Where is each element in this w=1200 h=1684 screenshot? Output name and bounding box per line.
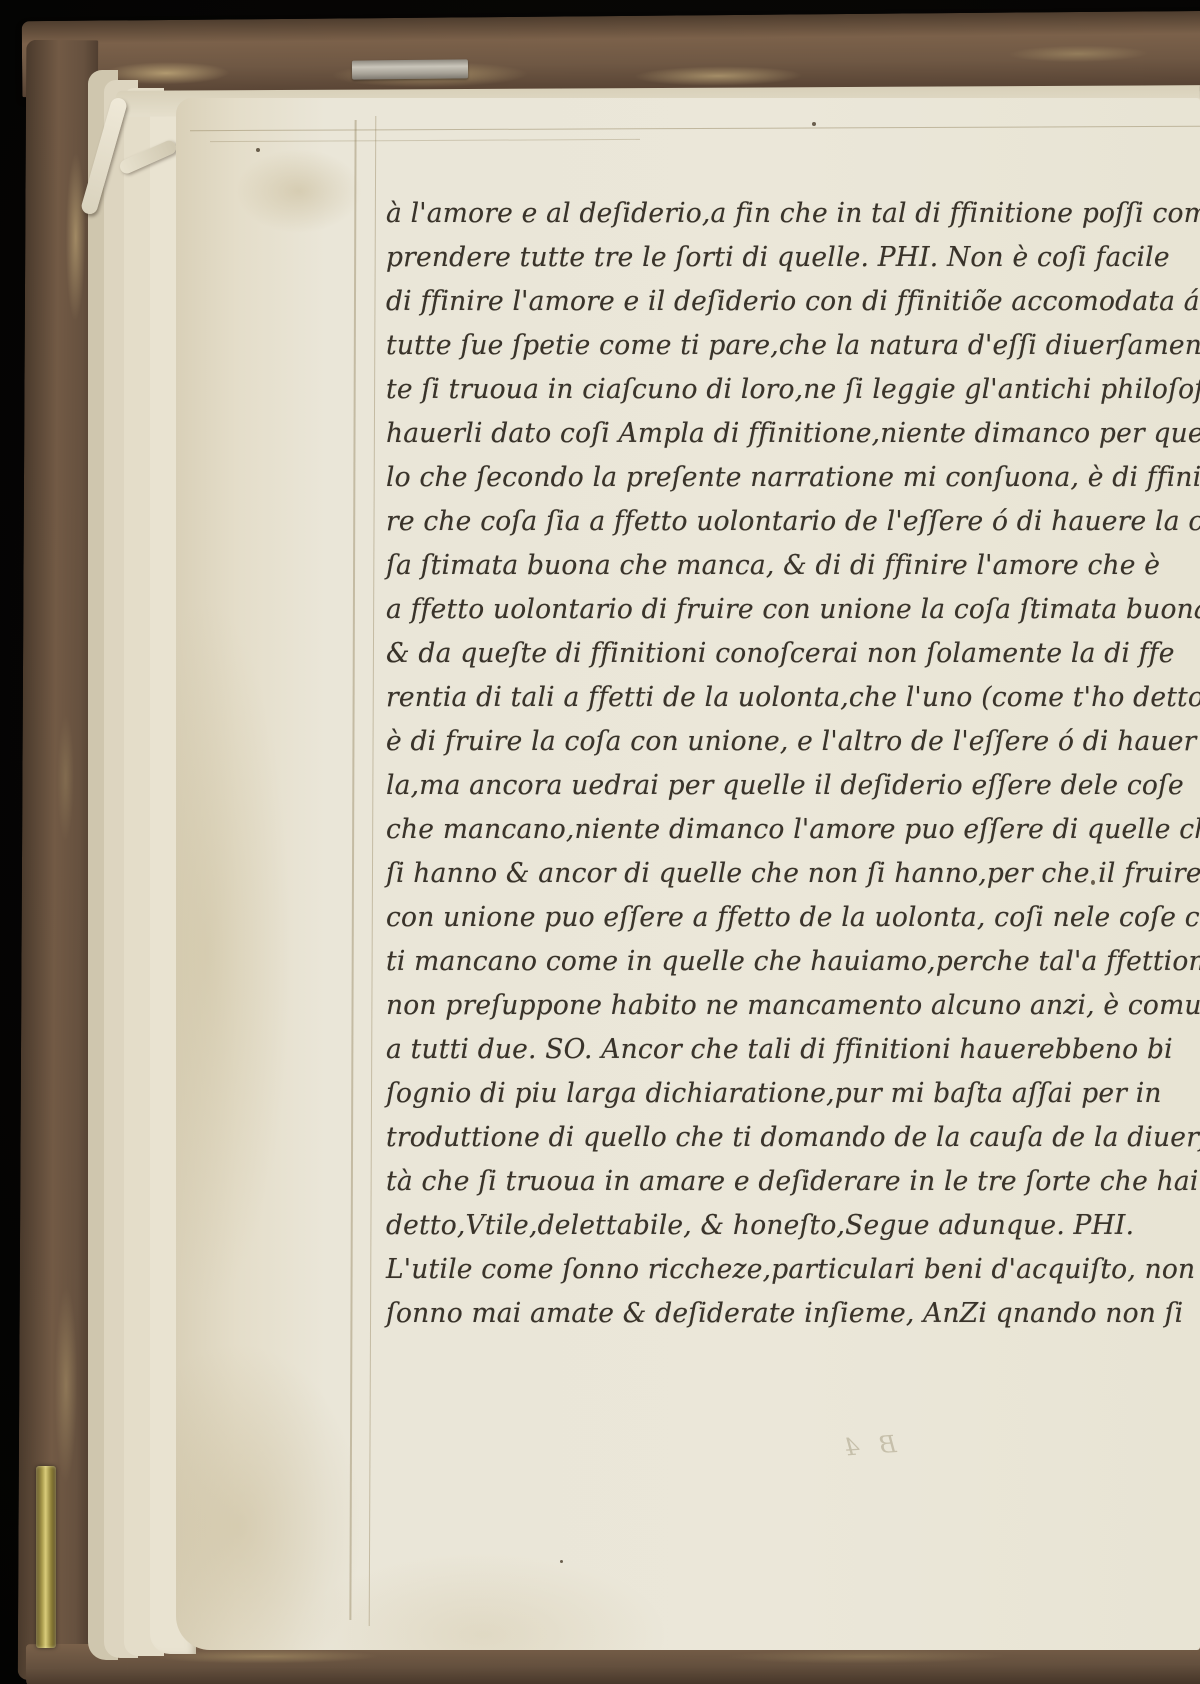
printed-text-block: à l'amore e al deſiderio,a fin che in ta… [386,192,1046,1336]
metal-clasp-top [352,59,468,79]
book-scan-photo: B 4 à l'amore e al deſiderio,a fin che i… [0,0,1200,1684]
text-line: troduttione di quello che ti domando de … [386,1116,1046,1161]
show-through-signature: B 4 [837,1430,897,1462]
leather-cover-left-edge [18,40,99,1680]
text-line: te ſi truoua in ciaſcuno di loro,ne ſi l… [386,368,1046,413]
text-line: non preſuppone habito ne mancamento alcu… [386,984,1046,1029]
foxing-spot [812,122,816,126]
text-line: la,ma ancora uedrai per quelle il deſide… [386,764,1046,809]
text-line: rentia di tali a ffetti de la uolonta,ch… [386,676,1046,721]
text-line: a tutti due. SO. Ancor che tali di ffini… [386,1028,1046,1073]
text-line: lo che ſecondo la preſente narratione mi… [386,456,1046,501]
text-line: a ffetto uolontario di fruire con unione… [386,588,1046,633]
text-line: tà che ſi truoua in amare e deſiderare i… [386,1160,1046,1205]
text-line: & da queſte di ffinitioni conoſcerai non… [386,632,1046,677]
text-line: ſi hanno & ancor di quelle che non ſi ha… [386,852,1046,897]
text-line: ſonno mai amate & deſiderate inſieme, An… [386,1292,1046,1337]
text-line: L'utile come ſonno riccheze,particulari … [386,1248,1046,1293]
text-line: prendere tutte tre le ſorti di quelle. P… [386,236,1046,281]
text-line: detto,Vtile,delettabile, & honeſto,Segue… [386,1204,1046,1249]
text-line: ſognio di piu larga dichiaratione,pur mi… [386,1072,1046,1117]
foxing-spot [560,1560,563,1563]
text-line: ti mancano come in quelle che hauiamo,pe… [386,940,1046,985]
text-line: che mancano,niente dimanco l'amore puo e… [386,808,1046,853]
text-line: con unione puo eſſere a ffetto de la uol… [386,896,1046,941]
text-line: tutte ſue ſpetie come ti pare,che la nat… [386,324,1046,369]
text-line: ſa ſtimata buona che manca, & di di ffin… [386,544,1046,589]
text-line: à l'amore e al deſiderio,a fin che in ta… [386,192,1046,237]
text-line: hauerli dato coſi Ampla di ffinitione,ni… [386,412,1046,457]
leather-cover-top-edge [22,11,1200,97]
text-line: di ffinire l'amore e il deſiderio con di… [386,280,1046,325]
text-line: è di fruire la coſa con unione, e l'altr… [386,720,1046,765]
metal-clasp-left [36,1466,56,1648]
text-line: re che coſa ſia a ffetto uolontario de l… [386,500,1046,545]
foxing-spot [256,148,260,152]
